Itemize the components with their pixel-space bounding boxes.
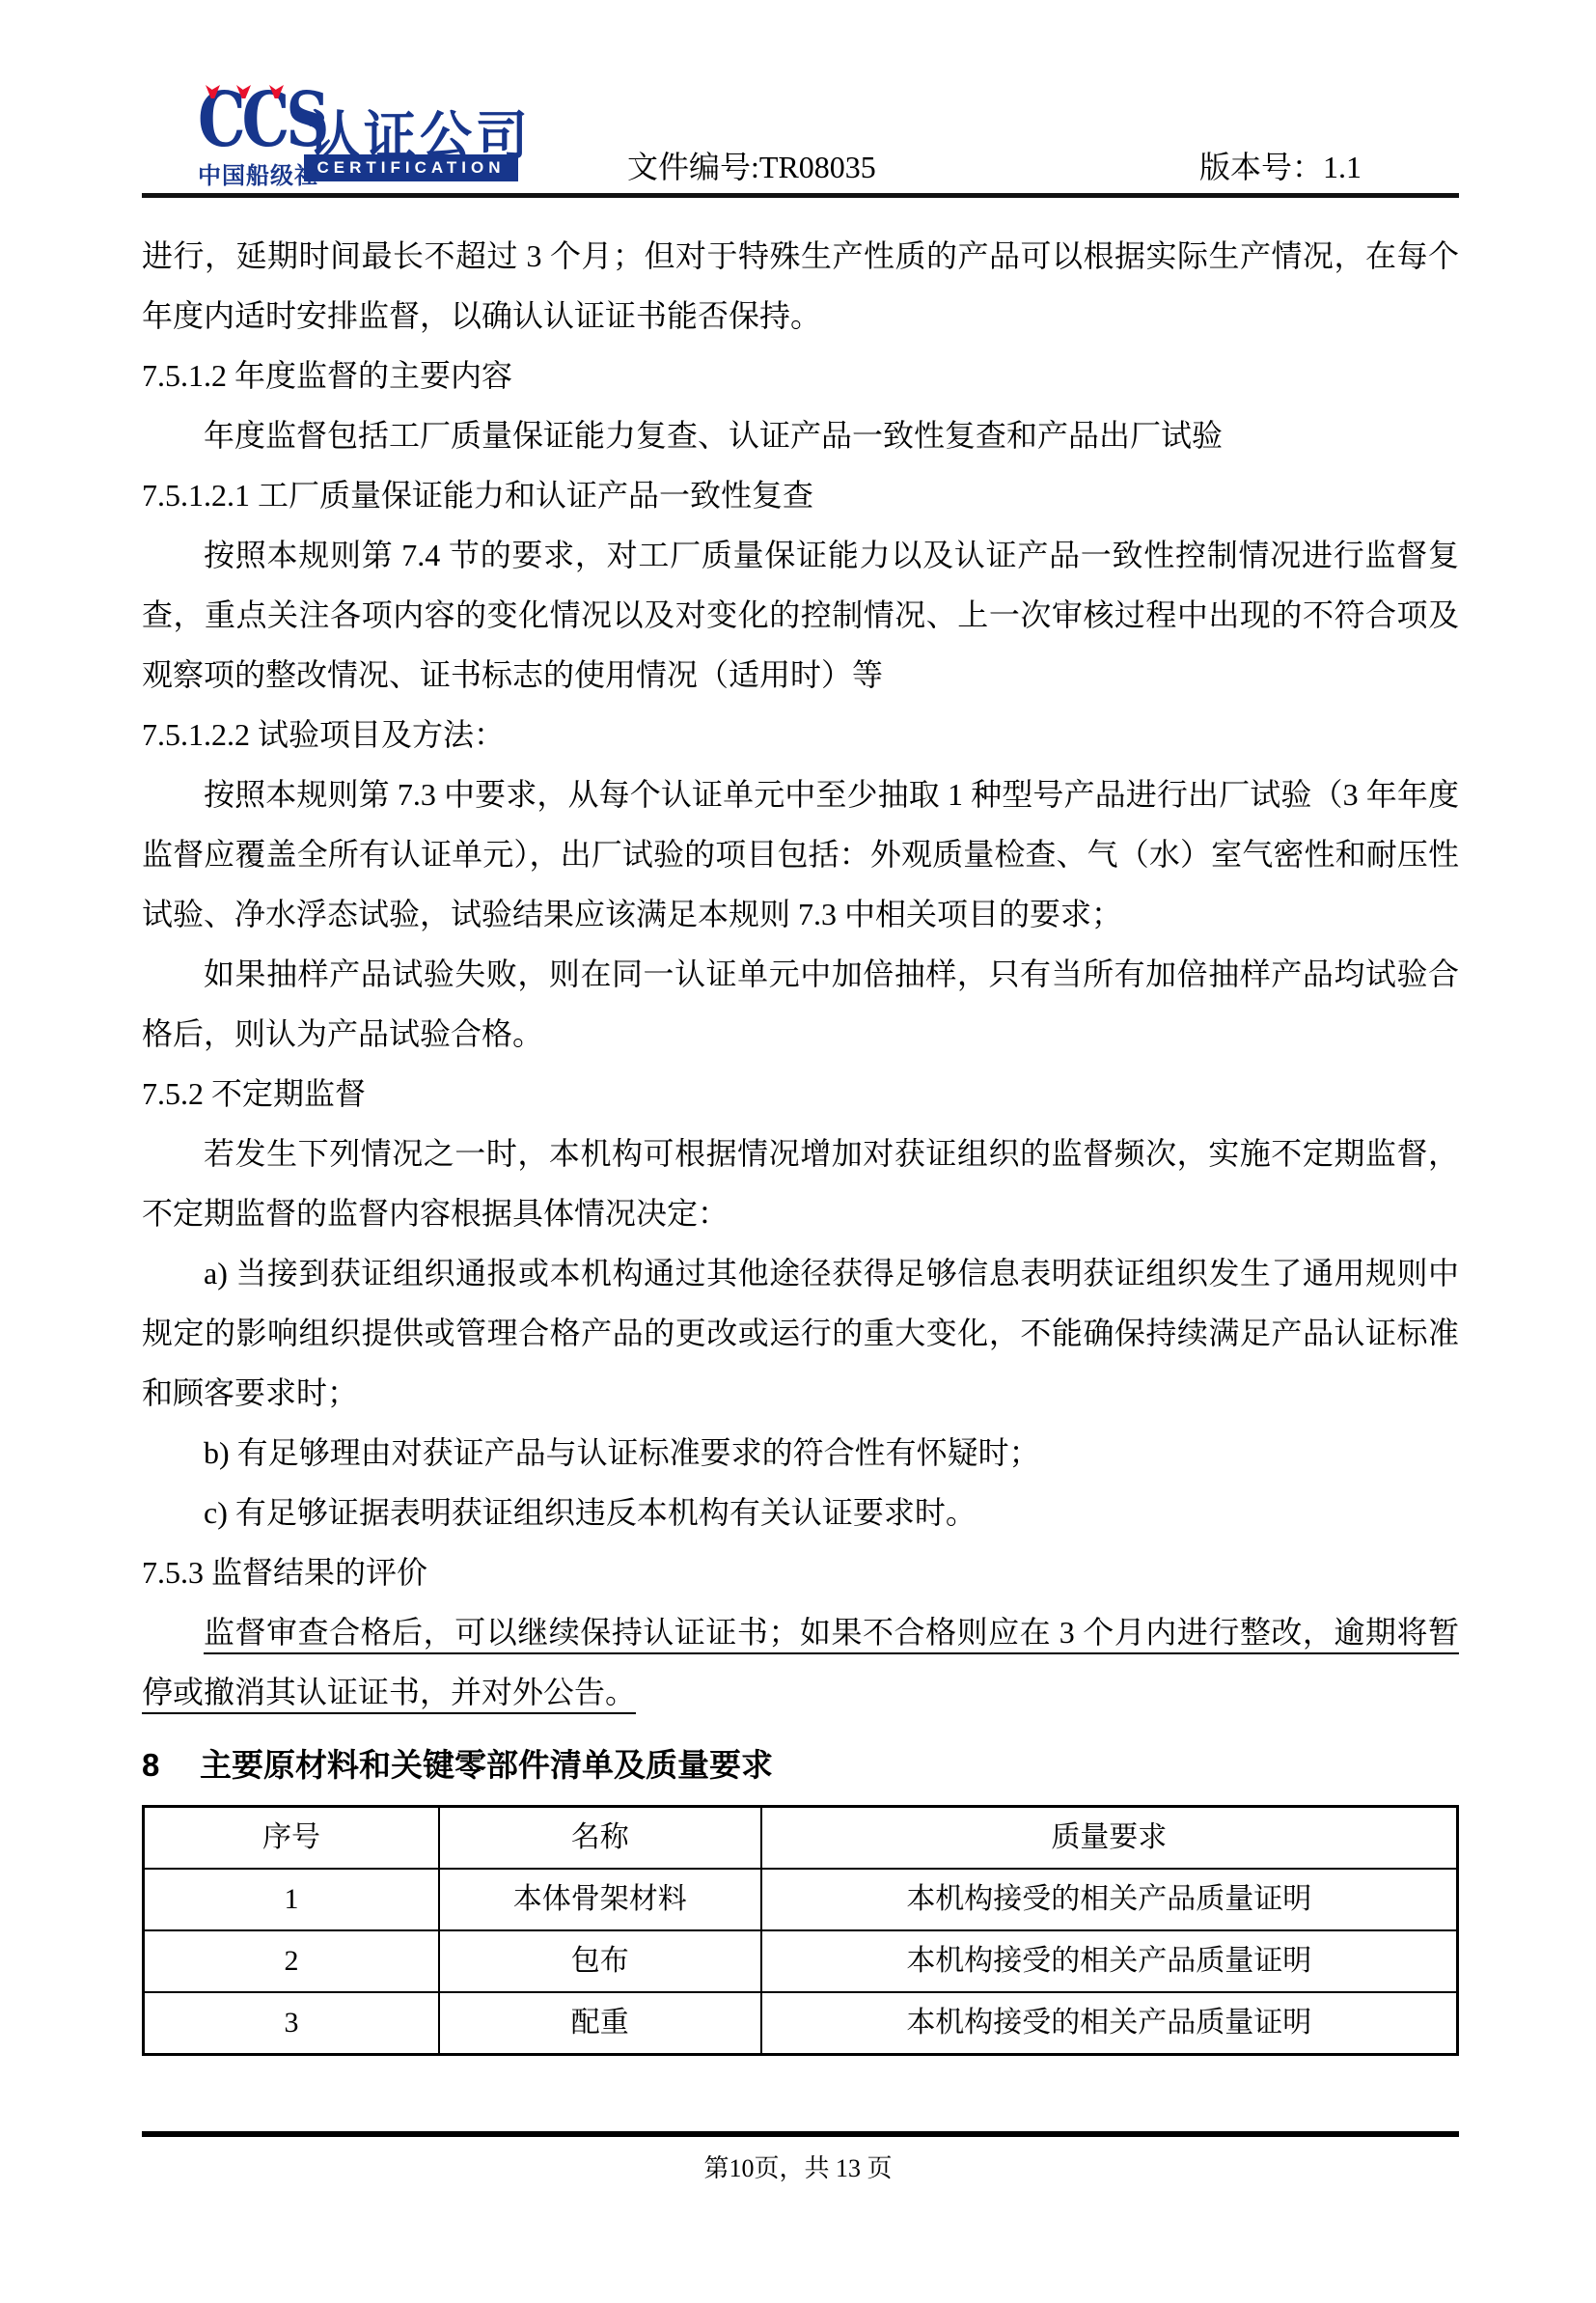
paragraph-container: 进行，延期时间最长不超过 3 个月；但对于特殊生产性质的产品可以根据实际生产情况… bbox=[142, 226, 1459, 1722]
paragraph: a) 当接到获证组织通报或本机构通过其他途径获得足够信息表明获证组织发生了通用规… bbox=[142, 1243, 1459, 1423]
section-heading: 7.5.1.2.1 工厂质量保证能力和认证产品一致性复查 bbox=[142, 465, 1459, 525]
cell-index: 1 bbox=[144, 1869, 439, 1930]
table-row: 1本体骨架材料本机构接受的相关产品质量证明 bbox=[144, 1869, 1458, 1930]
section-8-number: 8 bbox=[142, 1741, 200, 1790]
section-heading: 7.5.3 监督结果的评价 bbox=[142, 1542, 1459, 1602]
table-row: 2包布本机构接受的相关产品质量证明 bbox=[144, 1930, 1458, 1992]
section-heading: 7.5.1.2 年度监督的主要内容 bbox=[142, 346, 1459, 405]
doc-number-label: 文件编号:TR08035 bbox=[627, 143, 876, 187]
ccs-logo: CCS 认证公司 中国船级社 CERTIFICATION bbox=[198, 93, 526, 189]
version-label: 版本号：1.1 bbox=[1199, 143, 1362, 187]
section-8-heading: 8主要原材料和关键零部件清单及质量要求 bbox=[142, 1741, 1459, 1790]
section-heading: 7.5.1.2.2 试验项目及方法： bbox=[142, 705, 1459, 764]
paragraph: 年度监督包括工厂质量保证能力复查、认证产品一致性复查和产品出厂试验 bbox=[142, 405, 1459, 465]
table-header-row: 序号 名称 质量要求 bbox=[144, 1807, 1458, 1870]
cell-quality: 本机构接受的相关产品质量证明 bbox=[761, 1992, 1458, 2055]
page-number-label: 第10页，共 13 页 bbox=[0, 2149, 1596, 2184]
materials-table: 序号 名称 质量要求 1本体骨架材料本机构接受的相关产品质量证明2包布本机构接受… bbox=[142, 1805, 1459, 2056]
ccs-logo-text: CCS bbox=[198, 83, 325, 158]
column-header-name: 名称 bbox=[439, 1807, 761, 1870]
cell-name: 配重 bbox=[439, 1992, 761, 2055]
section-8-title: 主要原材料和关键零部件清单及质量要求 bbox=[200, 1747, 773, 1783]
cell-name: 本体骨架材料 bbox=[439, 1869, 761, 1930]
cell-quality: 本机构接受的相关产品质量证明 bbox=[761, 1930, 1458, 1992]
paragraph: c) 有足够证据表明获证组织违反本机构有关认证要求时。 bbox=[142, 1483, 1459, 1542]
paragraph: b) 有足够理由对获证产品与认证标准要求的符合性有怀疑时； bbox=[142, 1423, 1459, 1483]
paragraph: 进行，延期时间最长不超过 3 个月；但对于特殊生产性质的产品可以根据实际生产情况… bbox=[142, 226, 1459, 346]
header-divider bbox=[142, 193, 1459, 198]
paragraph: 监督审查合格后，可以继续保持认证证书；如果不合格则应在 3 个月内进行整改，逾期… bbox=[142, 1602, 1459, 1722]
logo-subtitle-cn: 中国船级社 bbox=[198, 156, 318, 190]
paragraph: 按照本规则第 7.3 中要求，从每个认证单元中至少抽取 1 种型号产品进行出厂试… bbox=[142, 764, 1459, 944]
cell-index: 2 bbox=[144, 1930, 439, 1992]
section-heading: 7.5.2 不定期监督 bbox=[142, 1064, 1459, 1124]
document-body: 进行，延期时间最长不超过 3 个月；但对于特殊生产性质的产品可以根据实际生产情况… bbox=[142, 226, 1459, 2056]
cell-quality: 本机构接受的相关产品质量证明 bbox=[761, 1869, 1458, 1930]
footer-divider bbox=[142, 2131, 1459, 2137]
column-header-quality: 质量要求 bbox=[761, 1807, 1458, 1870]
document-page: CCS 认证公司 中国船级社 CERTIFICATION 文件编号:TR0803… bbox=[0, 0, 1596, 2303]
paragraph: 若发生下列情况之一时，本机构可根据情况增加对获证组织的监督频次，实施不定期监督，… bbox=[142, 1124, 1459, 1243]
logo-certification-bar: CERTIFICATION bbox=[304, 154, 518, 181]
cell-name: 包布 bbox=[439, 1930, 761, 1992]
cell-index: 3 bbox=[144, 1992, 439, 2055]
table-row: 3配重本机构接受的相关产品质量证明 bbox=[144, 1992, 1458, 2055]
paragraph: 按照本规则第 7.4 节的要求，对工厂质量保证能力以及认证产品一致性控制情况进行… bbox=[142, 525, 1459, 705]
column-header-index: 序号 bbox=[144, 1807, 439, 1870]
paragraph: 如果抽样产品试验失败，则在同一认证单元中加倍抽样，只有当所有加倍抽样产品均试验合… bbox=[142, 944, 1459, 1064]
